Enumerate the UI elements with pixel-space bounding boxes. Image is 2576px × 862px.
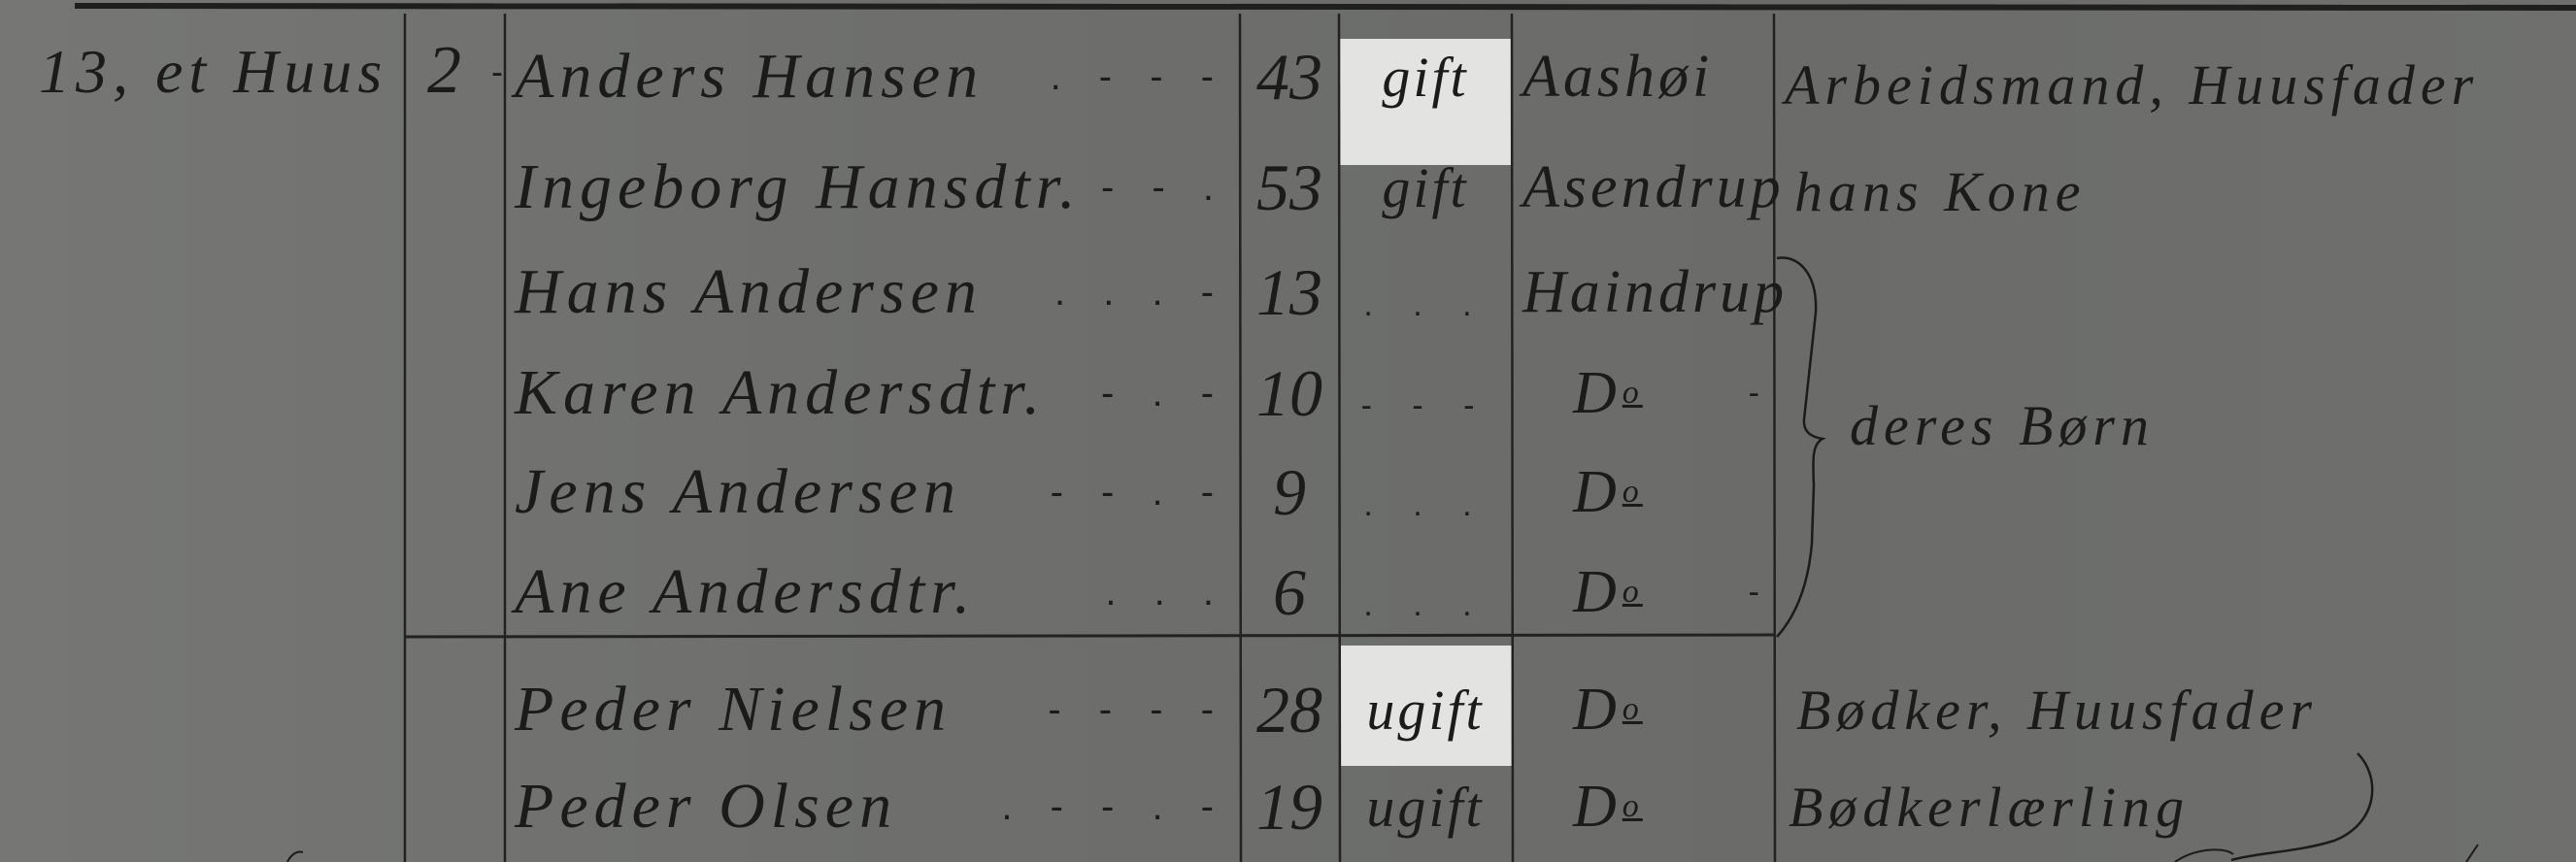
leader-dots: . . . -	[983, 271, 1231, 315]
birthplace-ditto: D	[1573, 558, 1621, 627]
occupation: hans Kone	[1794, 148, 2087, 235]
table-row: Hans Andersen . . . - 13 . . . Haindrup	[0, 249, 2576, 336]
leader-dots: . . .	[976, 571, 1231, 614]
birthplace-text: Aashøi	[1522, 43, 1713, 112]
table-row: Karen Andersdtr. - . - 10 - - - Do -	[0, 349, 2576, 437]
leader-dots: . - - . -	[897, 785, 1231, 829]
occupation: Bødkerlærling	[1789, 763, 2190, 850]
marital-status: . . .	[1342, 548, 1509, 636]
census-page: 13, et Huus 2 - Anders Hansen . - - - 43…	[0, 0, 2576, 862]
birthplace-ditto: D	[1573, 359, 1621, 428]
name-cell: Ingeborg Hansdtr. - - .	[515, 144, 1231, 231]
ditto-superscript: o	[1623, 691, 1643, 728]
person-name: Peder Nielsen	[515, 673, 952, 746]
person-name: Hans Andersen	[515, 255, 983, 329]
marital-status: . . .	[1342, 448, 1509, 536]
age: 43	[1245, 33, 1334, 120]
marital-status: gift	[1342, 144, 1509, 231]
age: 10	[1245, 349, 1334, 437]
birthplace-trail-mark: -	[1749, 375, 1765, 413]
birthplace: Aashøi	[1522, 33, 1765, 120]
leader-dots: . - - -	[984, 55, 1231, 99]
name-cell: Karen Andersdtr. - . -	[515, 349, 1231, 437]
top-thick-rule	[75, 6, 2576, 8]
occupation: Bødker, Huusfader	[1796, 666, 2318, 753]
marital-status: - - -	[1342, 349, 1509, 437]
occupation: Arbeidsmand, Huusfader	[1785, 41, 2479, 128]
ditto-superscript: o	[1623, 574, 1643, 611]
ditto-superscript: o	[1623, 788, 1643, 825]
birthplace: Do -	[1522, 548, 1765, 636]
table-row: Peder Nielsen - - - - 28 ugift Do Bødker…	[0, 666, 2576, 753]
birthplace: Do	[1522, 448, 1765, 536]
table-row: Ane Andersdtr. . . . 6 . . . Do -	[0, 548, 2576, 636]
marital-status: ugift	[1342, 666, 1509, 753]
leader-dots: - - - -	[952, 688, 1231, 732]
age: 28	[1245, 666, 1334, 753]
marital-status: . . .	[1342, 249, 1509, 336]
name-cell: Anders Hansen . - - -	[515, 33, 1231, 120]
leader-dots: - - .	[1082, 166, 1231, 210]
name-cell: Peder Nielsen - - - -	[515, 666, 1231, 753]
age: 13	[1245, 249, 1334, 336]
age: 6	[1245, 548, 1334, 636]
table-row: Anders Hansen . - - - 43 gift Aashøi Arb…	[0, 33, 2576, 120]
birthplace: Do -	[1522, 349, 1765, 437]
ditto-superscript: o	[1623, 474, 1643, 511]
name-cell: Ane Andersdtr. . . .	[515, 548, 1231, 636]
birthplace-text: Asendrup	[1522, 153, 1785, 222]
name-cell: Jens Andersen - - . -	[515, 448, 1231, 536]
person-name: Karen Andersdtr.	[515, 356, 1046, 430]
leader-dots: - . -	[1046, 372, 1231, 415]
birthplace-text: Haindrup	[1522, 258, 1788, 327]
age: 9	[1245, 448, 1334, 536]
name-cell: Hans Andersen . . . -	[515, 249, 1231, 336]
ditto-superscript: o	[1623, 375, 1643, 412]
birthplace: Do	[1522, 763, 1765, 850]
birthplace-trail-mark: -	[1749, 574, 1765, 612]
person-name: Anders Hansen	[515, 40, 984, 114]
person-name: Ingeborg Hansdtr.	[515, 150, 1082, 224]
age: 53	[1245, 144, 1334, 231]
table-row: Jens Andersen - - . - 9 . . . Do	[0, 448, 2576, 536]
birthplace-ditto: D	[1573, 458, 1621, 527]
next-row-fragment-left	[287, 851, 303, 862]
name-cell: Peder Olsen . - - . -	[515, 763, 1231, 850]
children-group-note: deres Børn	[1850, 398, 2155, 454]
birthplace: Do	[1522, 666, 1765, 753]
birthplace-ditto: D	[1573, 676, 1621, 745]
age: 19	[1245, 763, 1334, 850]
person-name: Ane Andersdtr.	[515, 555, 976, 629]
leader-dots: - - . -	[961, 471, 1231, 514]
birthplace-ditto: D	[1573, 773, 1621, 842]
marital-status: gift	[1342, 33, 1509, 120]
table-row: Peder Olsen . - - . - 19 ugift Do Bødker…	[0, 763, 2576, 850]
marital-status: ugift	[1342, 763, 1509, 850]
person-name: Peder Olsen	[515, 770, 897, 844]
birthplace: Haindrup	[1522, 249, 1765, 336]
table-row: Ingeborg Hansdtr. - - . 53 gift Asendrup…	[0, 144, 2576, 231]
person-name: Jens Andersen	[515, 455, 961, 529]
birthplace: Asendrup	[1522, 144, 1765, 231]
